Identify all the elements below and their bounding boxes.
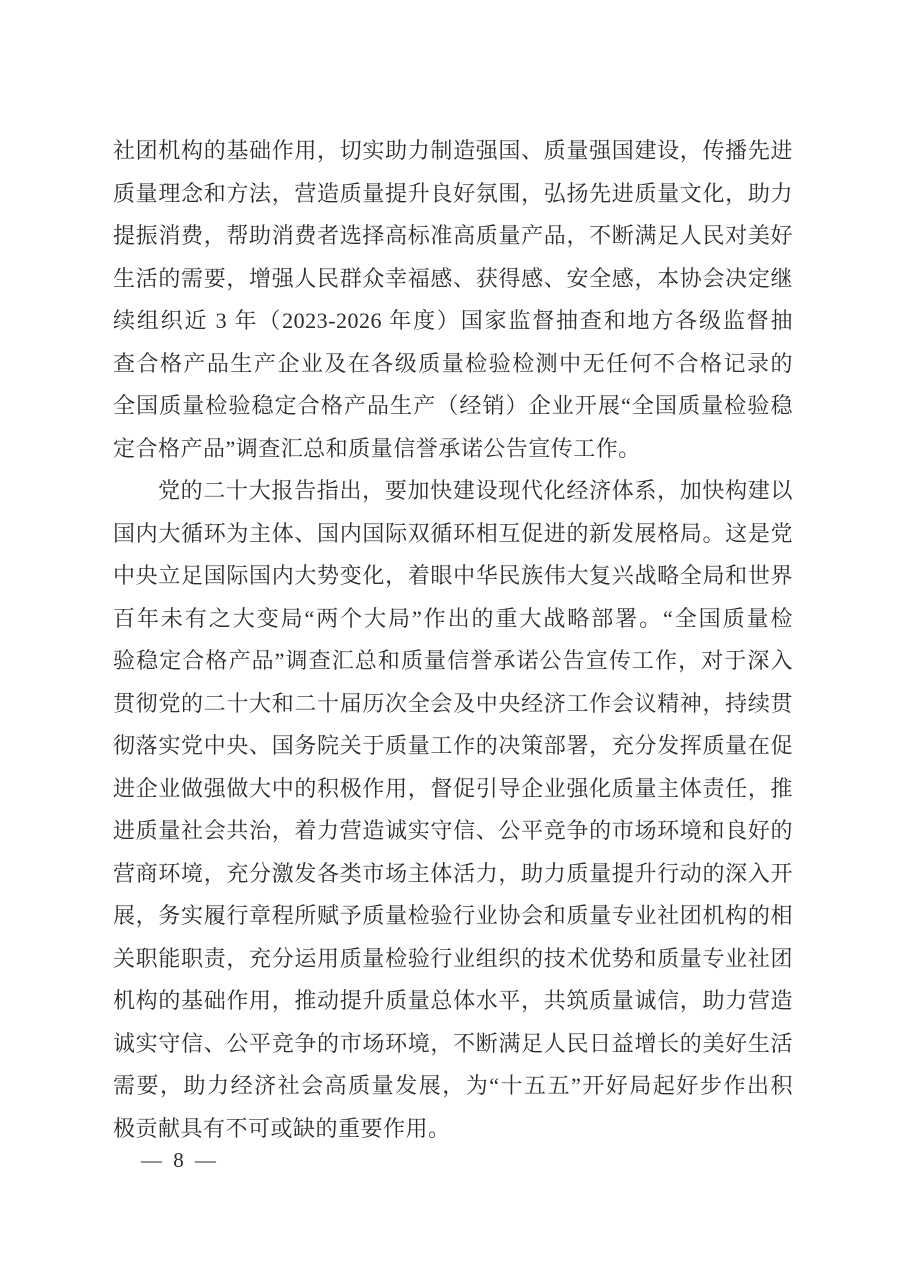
text-line: 需要，助力经济社会高质量发展，为“十五五”开好局起好步作出积 xyxy=(113,1065,793,1108)
text-line: 质量理念和方法，营造质量提升良好氛围，弘扬先进质量文化，助力 xyxy=(113,173,793,216)
text-line: 国内大循环为主体、国内国际双循环相互促进的新发展格局。这是党 xyxy=(113,513,793,556)
text-line: 关职能职责，充分运用质量检验行业组织的技术优势和质量专业社团 xyxy=(113,938,793,981)
text-line: 营商环境，充分激发各类市场主体活力，助力质量提升行动的深入开 xyxy=(113,853,793,896)
text-line: 进企业做强做大中的积极作用，督促引导企业强化质量主体责任，推 xyxy=(113,768,793,811)
text-line: 定合格产品”调查汇总和质量信誉承诺公告宣传工作。 xyxy=(113,428,793,471)
text-line: 展，务实履行章程所赋予质量检验行业协会和质量专业社团机构的相 xyxy=(113,895,793,938)
text-line: 查合格产品生产企业及在各级质量检验检测中无任何不合格记录的 xyxy=(113,343,793,386)
text-line: 百年未有之大变局“两个大局”作出的重大战略部署。“全国质量检 xyxy=(113,598,793,641)
text-line: 贯彻党的二十大和二十届历次全会及中央经济工作会议精神，持续贯 xyxy=(113,683,793,726)
paragraph: 社团机构的基础作用，切实助力制造强国、质量强国建设，传播先进质量理念和方法，营造… xyxy=(113,130,793,470)
text-line: 社团机构的基础作用，切实助力制造强国、质量强国建设，传播先进 xyxy=(113,130,793,173)
text-line: 进质量社会共治，着力营造诚实守信、公平竞争的市场环境和良好的 xyxy=(113,810,793,853)
text-line: 验稳定合格产品”调查汇总和质量信誉承诺公告宣传工作，对于深入 xyxy=(113,640,793,683)
text-line: 全国质量检验稳定合格产品生产（经销）企业开展“全国质量检验稳 xyxy=(113,385,793,428)
document-page: 社团机构的基础作用，切实助力制造强国、质量强国建设，传播先进质量理念和方法，营造… xyxy=(0,0,900,1273)
text-line: 彻落实党中央、国务院关于质量工作的决策部署，充分发挥质量在促 xyxy=(113,725,793,768)
paragraph: 党的二十大报告指出，要加快建设现代化经济体系，加快构建以国内大循环为主体、国内国… xyxy=(113,470,793,1150)
text-line: 中央立足国际国内大势变化，着眼中华民族伟大复兴战略全局和世界 xyxy=(113,555,793,598)
text-line: 续组织近 3 年（2023-2026 年度）国家监督抽查和地方各级监督抽 xyxy=(113,300,793,343)
body-text: 社团机构的基础作用，切实助力制造强国、质量强国建设，传播先进质量理念和方法，营造… xyxy=(113,130,793,1150)
text-line: 机构的基础作用，推动提升质量总体水平，共筑质量诚信，助力营造 xyxy=(113,980,793,1023)
text-line: 诚实守信、公平竞争的市场环境，不断满足人民日益增长的美好生活 xyxy=(113,1023,793,1066)
text-line: 生活的需要，增强人民群众幸福感、获得感、安全感，本协会决定继 xyxy=(113,258,793,301)
text-line: 极贡献具有不可或缺的重要作用。 xyxy=(113,1108,793,1151)
text-line: 提振消费，帮助消费者选择高标准高质量产品，不断满足人民对美好 xyxy=(113,215,793,258)
page-number: — 8 — xyxy=(141,1146,219,1174)
text-line: 党的二十大报告指出，要加快建设现代化经济体系，加快构建以 xyxy=(113,470,793,513)
